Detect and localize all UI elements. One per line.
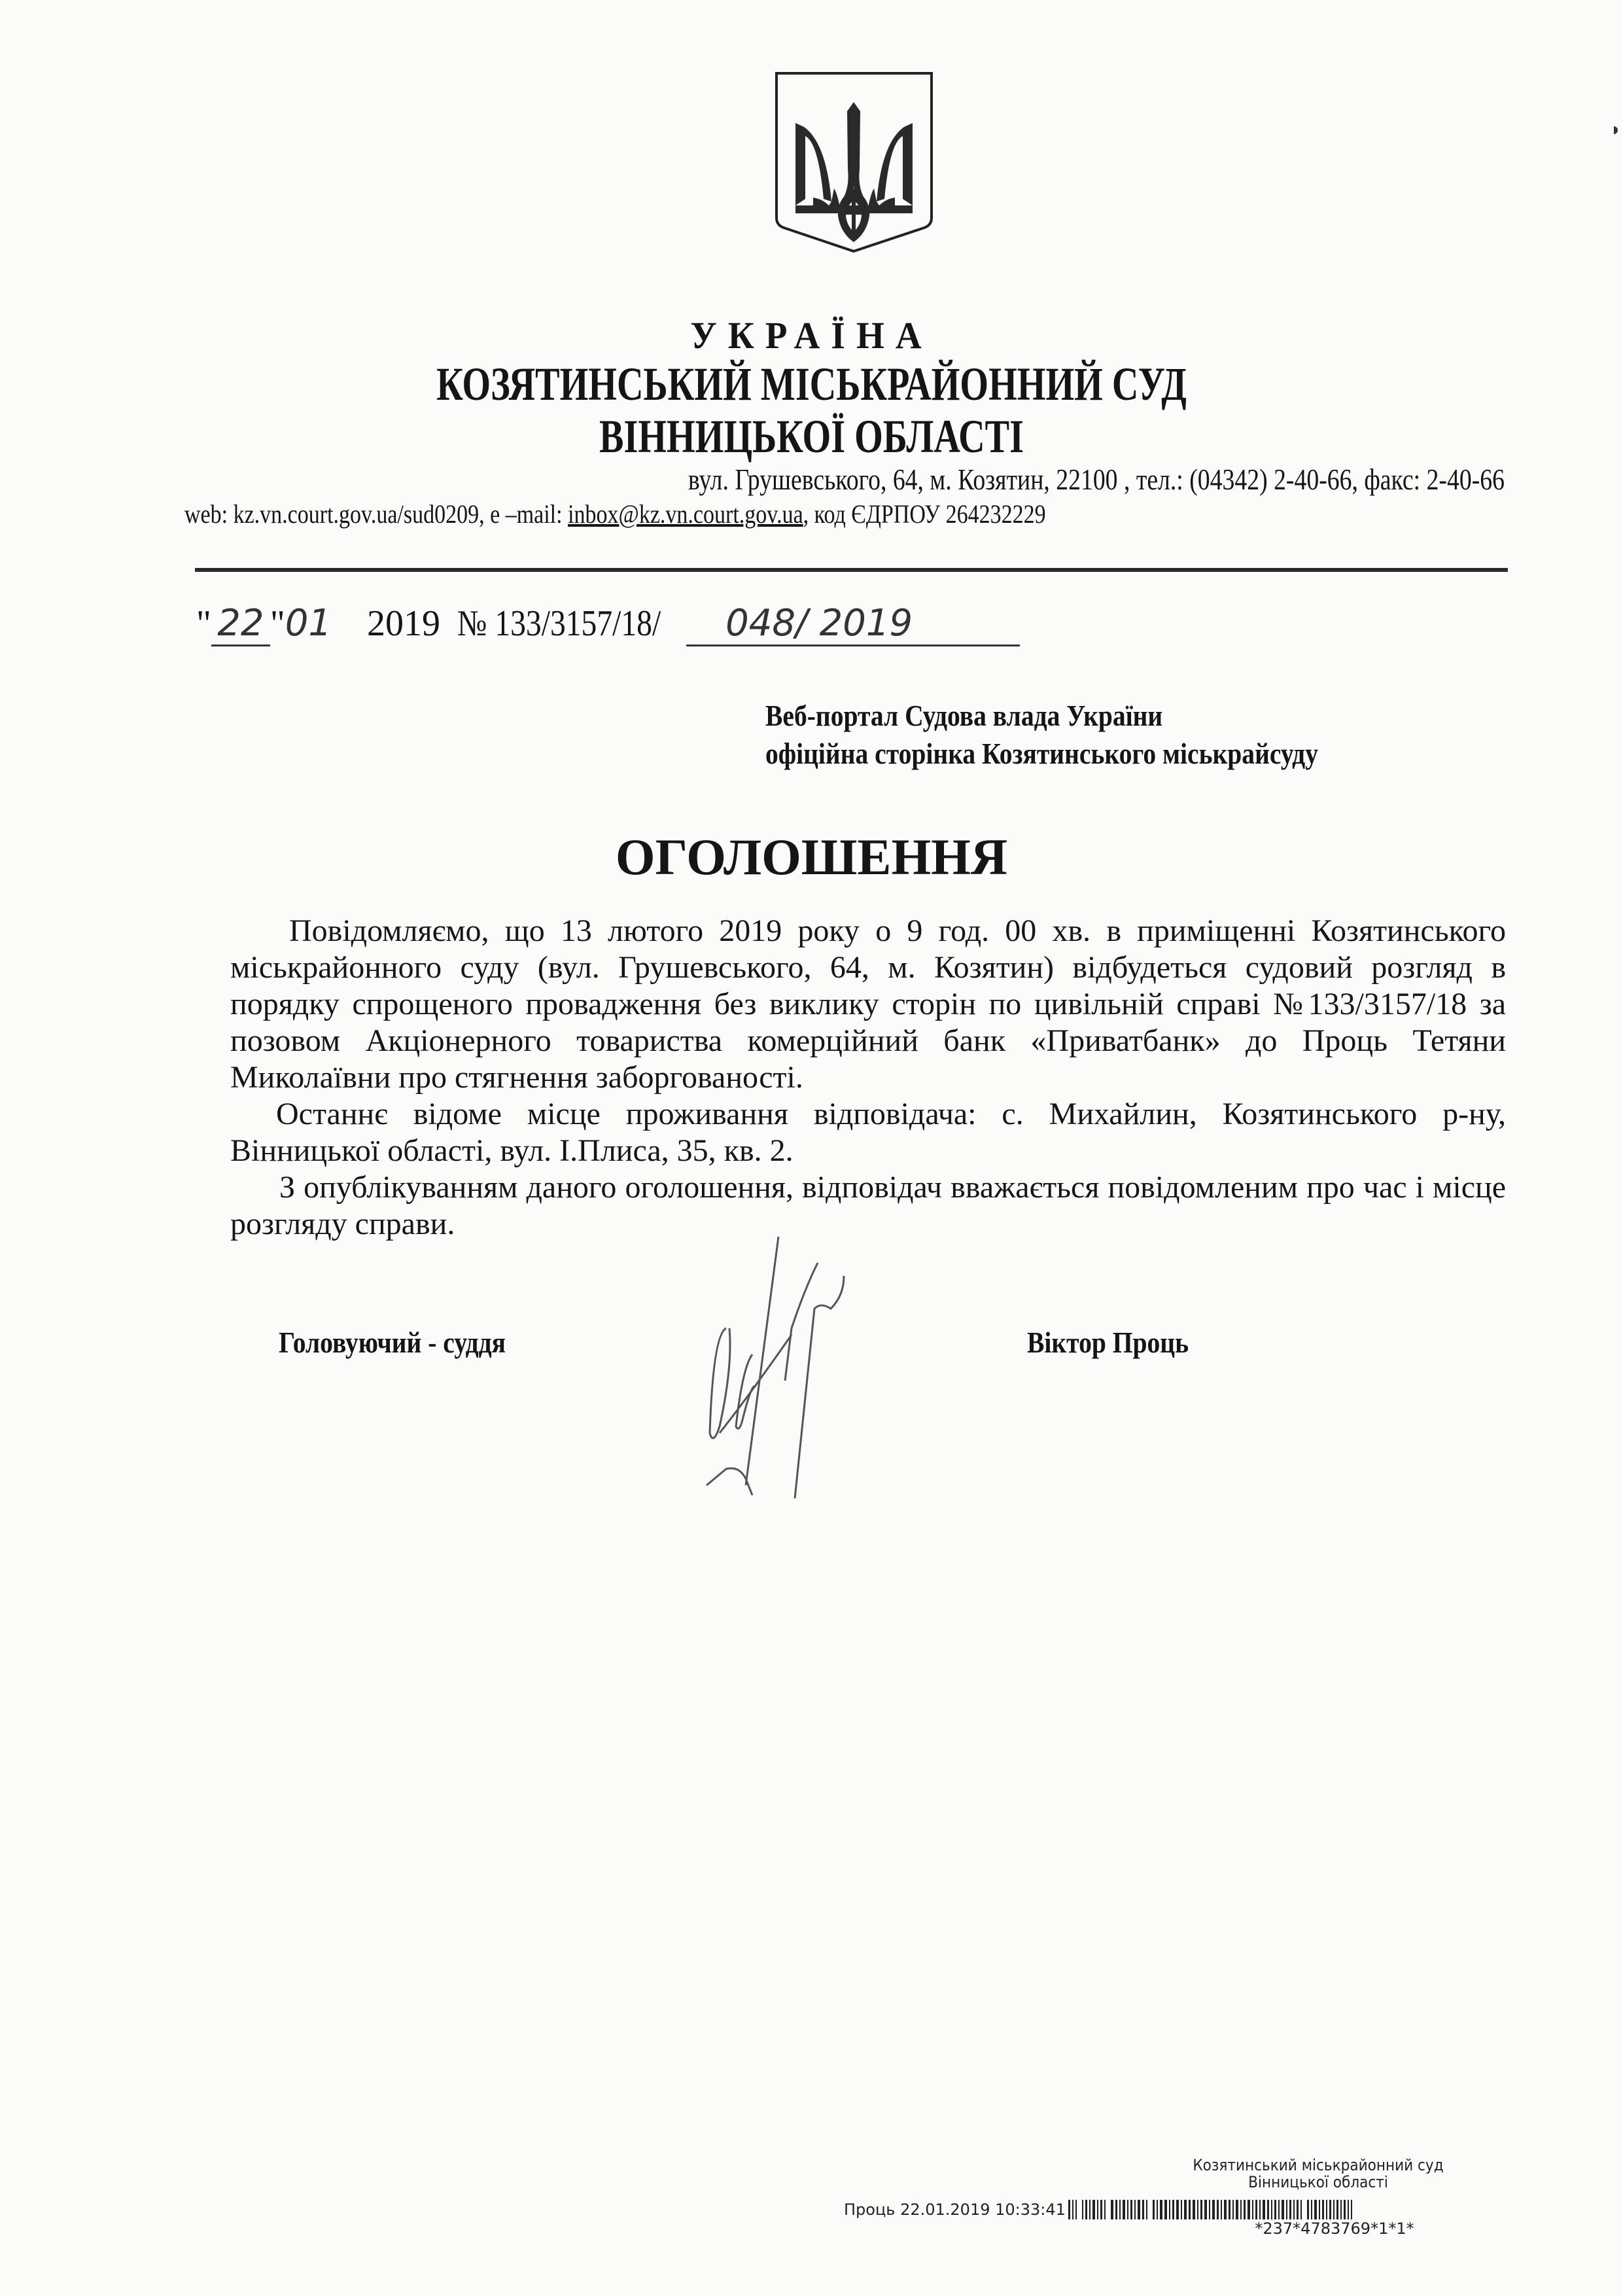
stamp-court-line2: Вінницької області	[1180, 2174, 1457, 2191]
court-address: вул. Грушевського, 64, м. Козятин, 22100…	[432, 461, 1505, 498]
stamp-court-line1: Козятинський міськрайонний суд	[1180, 2157, 1457, 2174]
quote-open: "	[196, 603, 211, 644]
document-title: ОГОЛОШЕННЯ	[0, 828, 1623, 887]
web-address: web: kz.vn.court.gov.ua/sud0209, е –mail…	[184, 499, 568, 529]
country-name: УКРАЇНА	[41, 313, 1582, 359]
announcement-body: Повідомляємо, що 13 лютого 2019 року о 9…	[230, 913, 1506, 1243]
recipient-line2: офіційна сторінка Козятинського міськрай…	[765, 735, 1318, 773]
reference-year: 2019	[367, 603, 440, 644]
handwritten-day: 22	[211, 602, 270, 646]
judge-title: Головуючий - суддя	[279, 1325, 506, 1360]
handwritten-month: 01	[285, 602, 332, 645]
handwritten-outgoing-number: 048/ 2019	[686, 602, 1020, 646]
header-divider	[195, 568, 1508, 572]
barcode-icon	[1068, 2200, 1354, 2219]
registration-stamp-court: Козятинський міськрайонний суд Вінницько…	[1180, 2157, 1457, 2191]
court-name-line1: КОЗЯТИНСЬКИЙ МІСЬКРАЙОННИЙ СУД	[179, 357, 1444, 412]
recipient-block: Веб-портал Судова влада України офіційна…	[765, 697, 1318, 773]
barcode-number: *237*4783769*1*1*	[1204, 2219, 1465, 2238]
outgoing-reference: "22"01 2019 № 133/3157/18/ 048/ 2019	[196, 602, 1020, 654]
paragraph-hearing: Повідомляємо, що 13 лютого 2019 року о 9…	[230, 913, 1506, 1096]
registration-info: Проць 22.01.2019 10:33:41	[844, 2200, 1066, 2219]
court-contacts: web: kz.vn.court.gov.ua/sud0209, е –mail…	[184, 497, 1046, 531]
scan-speck	[1614, 126, 1618, 134]
coat-of-arms-icon	[774, 71, 934, 254]
court-name-line2: ВІННИЦЬКОЇ ОБЛАСТІ	[179, 409, 1444, 464]
reference-number: № 133/3157/18/	[457, 603, 661, 645]
signature-icon	[680, 1237, 890, 1498]
registration-stamp: Проць 22.01.2019 10:33:41	[844, 2200, 1354, 2219]
email-link[interactable]: inbox@kz.vn.court.gov.ua	[568, 499, 803, 529]
quote-close: "	[270, 603, 285, 644]
paragraph-residence: Останнє відоме місце проживання відповід…	[230, 1096, 1506, 1169]
recipient-line1: Веб-портал Судова влада України	[765, 697, 1318, 735]
judge-name: Віктор Проць	[1027, 1325, 1189, 1360]
edrpou-code: , код ЄДРПОУ 264232229	[803, 499, 1046, 529]
paragraph-notice: З опублікуванням даного оголошення, відп…	[230, 1169, 1506, 1243]
